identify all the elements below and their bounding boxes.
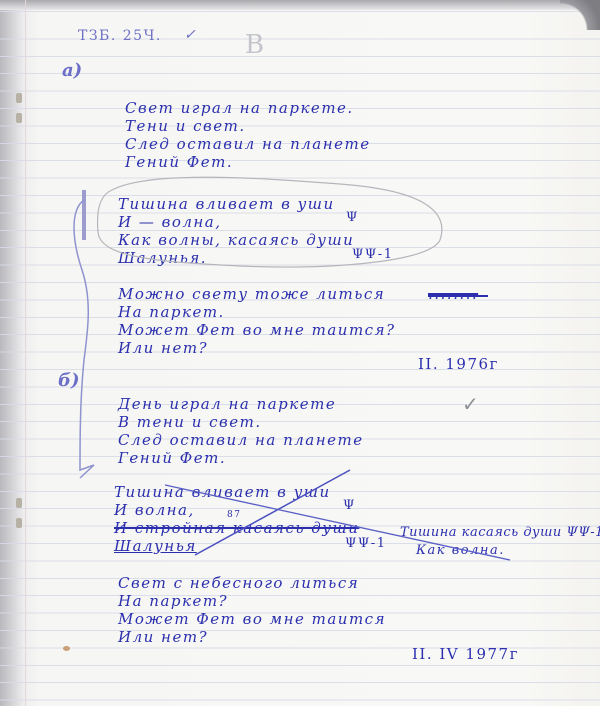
- verse-line: Шалунья.: [118, 250, 207, 267]
- verse-line: На паркет?: [118, 593, 228, 610]
- verse-line: Как волны, касаясь души: [118, 232, 354, 249]
- verse-line: Шалунья: [114, 538, 197, 555]
- verse-line: Может Фет во мне таится: [118, 611, 386, 628]
- verse-line: Свет с небесного литься: [118, 575, 359, 592]
- verse-line: Или нет?: [118, 340, 208, 357]
- verse-line: Тишина вливает в уши: [118, 196, 335, 213]
- verse-line: Или нет?: [118, 629, 208, 646]
- binding-staple: [16, 518, 22, 528]
- insert-mark: ΨΨ-1: [352, 246, 393, 263]
- verse-line: Может Фет во мне таится?: [118, 322, 396, 339]
- verse-line: Гений Фет.: [118, 450, 226, 467]
- date-b: II. IV 1977г: [412, 646, 519, 663]
- verse-line: Тишина касаясь души ΨΨ-1,: [400, 524, 600, 541]
- superscript-note: 87: [227, 507, 241, 524]
- check-mark: ✓: [462, 392, 479, 416]
- page-corner: [560, 0, 600, 30]
- verse-line: След оставил на планете: [118, 432, 364, 449]
- insert-mark: Ψ: [346, 209, 359, 226]
- verse-line: И волна,: [114, 502, 195, 519]
- ink-stain: [63, 646, 70, 651]
- verse-line: След оставил на планете: [125, 136, 371, 153]
- verse-line: Тени и свет.: [125, 118, 246, 135]
- verse-line: В тени и свет.: [118, 414, 262, 431]
- pencil-letter: В: [245, 30, 264, 60]
- binding-staple: [16, 498, 22, 508]
- version-b-label: б): [58, 370, 80, 391]
- insert-mark: Ψ: [343, 497, 356, 514]
- struck-word: ........: [428, 286, 478, 303]
- verse-line: На паркет.: [118, 304, 225, 321]
- binding-staple: [16, 93, 22, 103]
- notebook-page: ТЗБ. 25Ч. ✓ В а) Свет играл на паркете. …: [0, 0, 600, 706]
- verse-line: День играл на паркете: [118, 396, 336, 413]
- verse-line: Как волна.: [416, 542, 505, 559]
- version-a-label: а): [62, 60, 82, 81]
- verse-line: Можно свету тоже литься: [118, 286, 385, 303]
- verse-line: Тишина вливает в уши: [114, 484, 331, 501]
- binding-staple: [16, 113, 22, 123]
- verse-line: И — волна,: [118, 214, 222, 231]
- insert-mark: ΨΨ-1: [345, 535, 386, 552]
- verse-line: Гений Фет.: [125, 154, 233, 171]
- header-code: ТЗБ. 25Ч.: [78, 28, 162, 45]
- verse-line: Свет играл на паркете.: [125, 100, 354, 117]
- header-check: ✓: [184, 27, 197, 44]
- margin-line: [25, 0, 26, 706]
- date-a: ІІ. 1976г: [418, 356, 499, 373]
